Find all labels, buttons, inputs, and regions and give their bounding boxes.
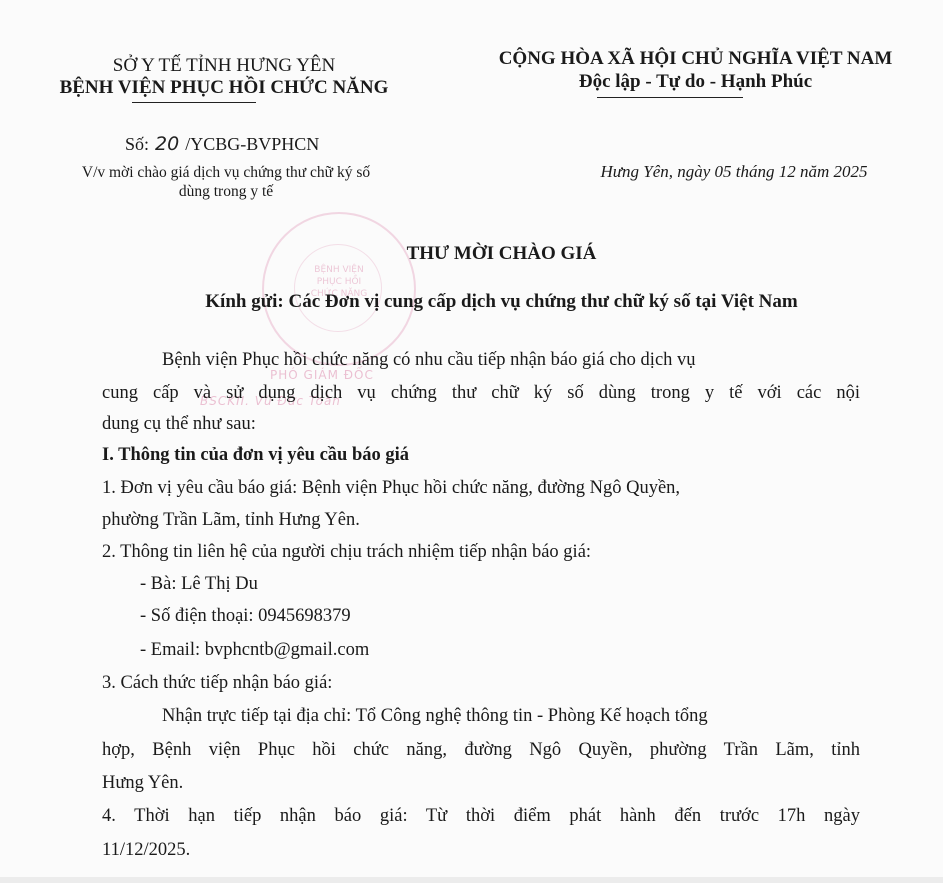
reference-number: Số:20/YCBG-BVPHCN <box>125 133 319 155</box>
item-3: 3. Cách thức tiếp nhận báo giá: <box>102 673 332 694</box>
org-underline <box>132 102 256 103</box>
item-3-line-2: hợp, Bệnh viện Phục hồi chức năng, đường… <box>102 740 860 761</box>
intro-line-1: Bệnh viện Phục hồi chức năng có nhu cầu … <box>162 350 696 371</box>
org-name: BỆNH VIỆN PHỤC HỒI CHỨC NĂNG <box>18 77 430 99</box>
motto: Độc lập - Tự do - Hạnh Phúc <box>448 71 943 93</box>
item-3-line-1: Nhận trực tiếp tại địa chỉ: Tổ Công nghệ… <box>162 706 708 727</box>
item-4-line-2: 11/12/2025. <box>102 840 190 861</box>
official-stamp: BỆNH VIỆN PHỤC HỒI CHỨC NĂNG <box>262 212 416 366</box>
item-1-line-2: phường Trần Lãm, tỉnh Hưng Yên. <box>102 510 360 531</box>
subject: V/v mời chào giá dịch vụ chứng thư chữ k… <box>20 163 432 201</box>
ref-number: 20 <box>155 133 179 155</box>
item-2: 2. Thông tin liên hệ của người chịu trác… <box>102 542 591 563</box>
nation-title: CỘNG HÒA XÃ HỘI CHỦ NGHĨA VIỆT NAM <box>448 48 943 70</box>
contact-email: - Email: bvphcntb@gmail.com <box>140 640 369 661</box>
section-1-heading: I. Thông tin của đơn vị yêu cầu báo giá <box>102 445 409 466</box>
intro-line-2: cung cấp và sử dụng dịch vụ chứng thư ch… <box>102 383 860 404</box>
contact-name: - Bà: Lê Thị Du <box>140 574 258 595</box>
item-3-line-3: Hưng Yên. <box>102 773 183 794</box>
document-title: THƯ MỜI CHÀO GIÁ <box>0 243 943 265</box>
stamp-text-top: BỆNH VIỆN <box>264 264 414 276</box>
addressee: Kính gửi: Các Đơn vị cung cấp dịch vụ ch… <box>0 291 943 313</box>
page-bottom-edge <box>0 877 943 883</box>
motto-underline <box>597 97 743 98</box>
org-parent: SỞ Y TẾ TỈNH HƯNG YÊN <box>18 55 430 77</box>
contact-phone: - Số điện thoại: 0945698379 <box>140 606 351 627</box>
subject-line-2: dùng trong y tế <box>20 182 432 201</box>
document-page: BỆNH VIỆN PHỤC HỒI CHỨC NĂNG PHÓ GIÁM ĐỐ… <box>0 0 943 877</box>
ref-prefix: Số: <box>125 134 149 154</box>
stamp-text-mid: PHỤC HỒI <box>264 276 414 288</box>
item-1-line-1: 1. Đơn vị yêu cầu báo giá: Bệnh viện Phụ… <box>102 478 680 499</box>
intro-line-3: dung cụ thể như sau: <box>102 414 256 435</box>
place-date: Hưng Yên, ngày 05 tháng 12 năm 2025 <box>470 162 943 182</box>
subject-line-1: V/v mời chào giá dịch vụ chứng thư chữ k… <box>20 163 432 182</box>
ref-suffix: /YCBG-BVPHCN <box>185 134 319 154</box>
item-4-line-1: 4. Thời hạn tiếp nhận báo giá: Từ thời đ… <box>102 806 860 827</box>
